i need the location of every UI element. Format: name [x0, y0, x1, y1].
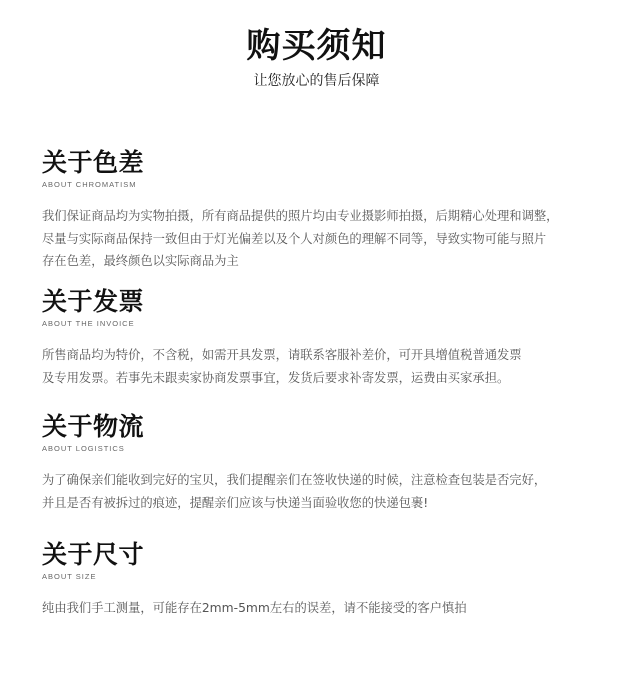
section-body: 所售商品均为特价，不含税，如需开具发票，请联系客服补差价，可开具增值税普通发票 … [42, 344, 602, 389]
section-title: 关于发票 [42, 287, 602, 317]
section-chromatism: 关于色差 ABOUT CHROMATISM 我们保证商品均为实物拍摄，所有商品提… [42, 148, 602, 273]
section-subtitle-en: ABOUT CHROMATISM [42, 180, 602, 190]
page-subtitle: 让您放心的售后保障 [0, 72, 633, 90]
section-body: 我们保证商品均为实物拍摄，所有商品提供的照片均由专业摄影师拍摄，后期精心处理和调… [42, 205, 602, 273]
body-line: 尽量与实际商品保持一致但由于灯光偏差以及个人对颜色的理解不同等，导致实物可能与照… [42, 228, 602, 251]
section-size: 关于尺寸 ABOUT SIZE 纯由我们手工测量，可能存在2mm-5mm左右的误… [42, 540, 602, 620]
section-subtitle-en: ABOUT LOGISTICS [42, 444, 602, 454]
section-invoice: 关于发票 ABOUT THE INVOICE 所售商品均为特价，不含税，如需开具… [42, 287, 602, 389]
body-line: 存在色差，最终颜色以实际商品为主 [42, 250, 602, 273]
body-line: 并且是否有被拆过的痕迹，提醒亲们应该与快递当面验收您的快递包裹! [42, 492, 602, 515]
section-body: 纯由我们手工测量，可能存在2mm-5mm左右的误差，请不能接受的客户慎拍 [42, 597, 602, 620]
body-line: 及专用发票。若事先未跟卖家协商发票事宜，发货后要求补寄发票，运费由买家承担。 [42, 367, 602, 390]
body-line: 我们保证商品均为实物拍摄，所有商品提供的照片均由专业摄影师拍摄，后期精心处理和调… [42, 205, 602, 228]
body-line: 所售商品均为特价，不含税，如需开具发票，请联系客服补差价，可开具增值税普通发票 [42, 344, 602, 367]
page-title: 购买须知 [0, 26, 633, 66]
section-title: 关于尺寸 [42, 540, 602, 570]
section-title: 关于物流 [42, 412, 602, 442]
section-body: 为了确保亲们能收到完好的宝贝，我们提醒亲们在签收快递的时候，注意检查包装是否完好… [42, 469, 602, 514]
body-line: 纯由我们手工测量，可能存在2mm-5mm左右的误差，请不能接受的客户慎拍 [42, 597, 602, 620]
body-line: 为了确保亲们能收到完好的宝贝，我们提醒亲们在签收快递的时候，注意检查包装是否完好… [42, 469, 602, 492]
section-logistics: 关于物流 ABOUT LOGISTICS 为了确保亲们能收到完好的宝贝，我们提醒… [42, 412, 602, 514]
page-header: 购买须知 让您放心的售后保障 [0, 26, 633, 90]
section-subtitle-en: ABOUT THE INVOICE [42, 319, 602, 329]
section-title: 关于色差 [42, 148, 602, 178]
section-subtitle-en: ABOUT SIZE [42, 572, 602, 582]
